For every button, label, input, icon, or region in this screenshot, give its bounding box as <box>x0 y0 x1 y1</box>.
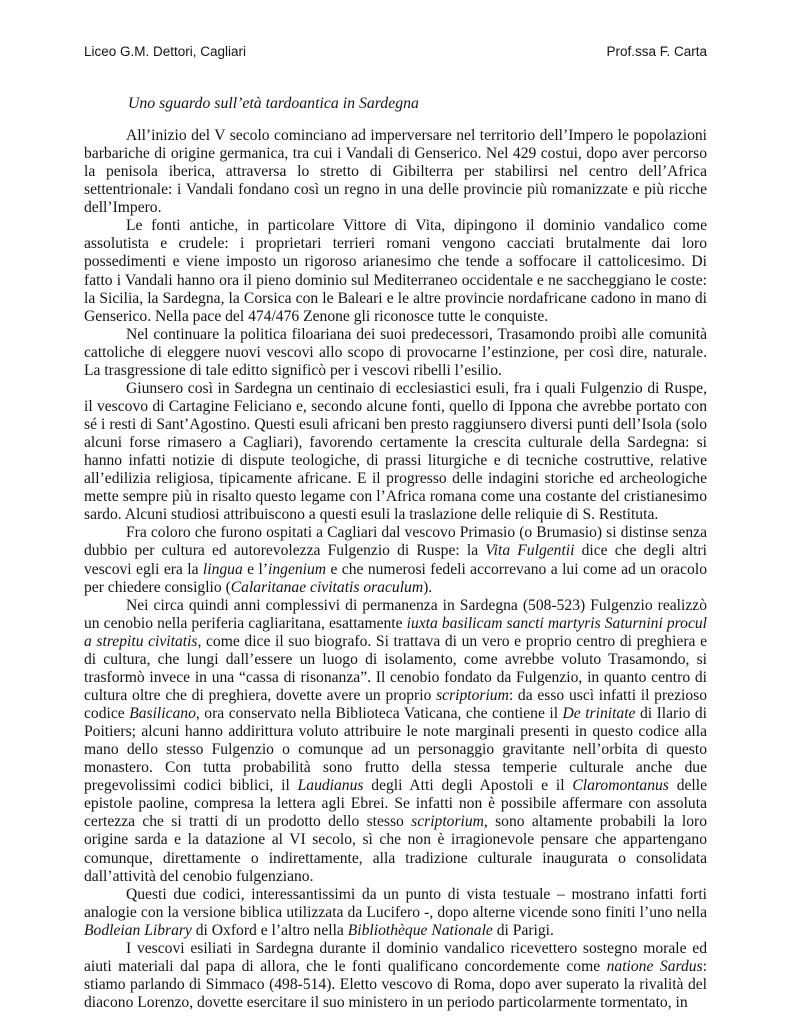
italic-text-run: Bibliothèque Nationale <box>348 922 493 939</box>
text-run: All’inizio del V secolo cominciano ad im… <box>84 127 707 216</box>
paragraph: Questi due codici, interessantissimi da … <box>84 886 707 940</box>
italic-text-run: Claromontanus <box>572 777 668 794</box>
italic-text-run: scriptorium <box>411 813 484 830</box>
text-run: e l’ <box>243 561 268 578</box>
paragraph: Giunsero così in Sardegna un centinaio d… <box>84 380 707 525</box>
paragraph: I vescovi esiliati in Sardegna durante i… <box>84 940 707 1012</box>
header-professor-name: Prof.ssa F. Carta <box>606 44 707 59</box>
page-title: Uno sguardo sull’età tardoantica in Sard… <box>128 95 707 113</box>
page-header: Liceo G.M. Dettori, Cagliari Prof.ssa F.… <box>84 44 707 59</box>
document-body: All’inizio del V secolo cominciano ad im… <box>84 127 707 1012</box>
text-run: di Parigi. <box>493 922 554 939</box>
italic-text-run: Calaritanae civitatis oraculum <box>231 579 423 596</box>
text-run: di Oxford e l’altro nella <box>192 922 348 939</box>
italic-text-run: Bodleian Library <box>84 922 192 939</box>
header-school-name: Liceo G.M. Dettori, Cagliari <box>84 44 246 59</box>
text-run: Questi due codici, interessantissimi da … <box>84 886 707 921</box>
italic-text-run: Basilicano <box>129 705 196 722</box>
text-run: Le fonti antiche, in particolare Vittore… <box>84 217 707 324</box>
text-run: , ora conservato nella Biblioteca Vatica… <box>196 705 563 722</box>
paragraph: Nel continuare la politica filoariana de… <box>84 326 707 380</box>
paragraph: Le fonti antiche, in particolare Vittore… <box>84 217 707 325</box>
text-run: degli Atti degli Apostoli e il <box>363 777 572 794</box>
paragraph: Nei circa quindi anni complessivi di per… <box>84 597 707 886</box>
text-run: ). <box>423 579 432 596</box>
italic-text-run: scriptorium <box>436 687 509 704</box>
italic-text-run: Vita Fulgentii <box>485 542 574 559</box>
document-page: Liceo G.M. Dettori, Cagliari Prof.ssa F.… <box>0 0 791 1024</box>
italic-text-run: natione Sardus <box>607 958 703 975</box>
italic-text-run: Laudianus <box>298 777 364 794</box>
text-run: Nel continuare la politica filoariana de… <box>84 326 707 379</box>
italic-text-run: ingenium <box>268 561 326 578</box>
text-run: Giunsero così in Sardegna un centinaio d… <box>84 380 707 523</box>
paragraph: All’inizio del V secolo cominciano ad im… <box>84 127 707 217</box>
italic-text-run: lingua <box>203 561 243 578</box>
italic-text-run: De trinitate <box>563 705 636 722</box>
paragraph: Fra coloro che furono ospitati a Cagliar… <box>84 524 707 596</box>
